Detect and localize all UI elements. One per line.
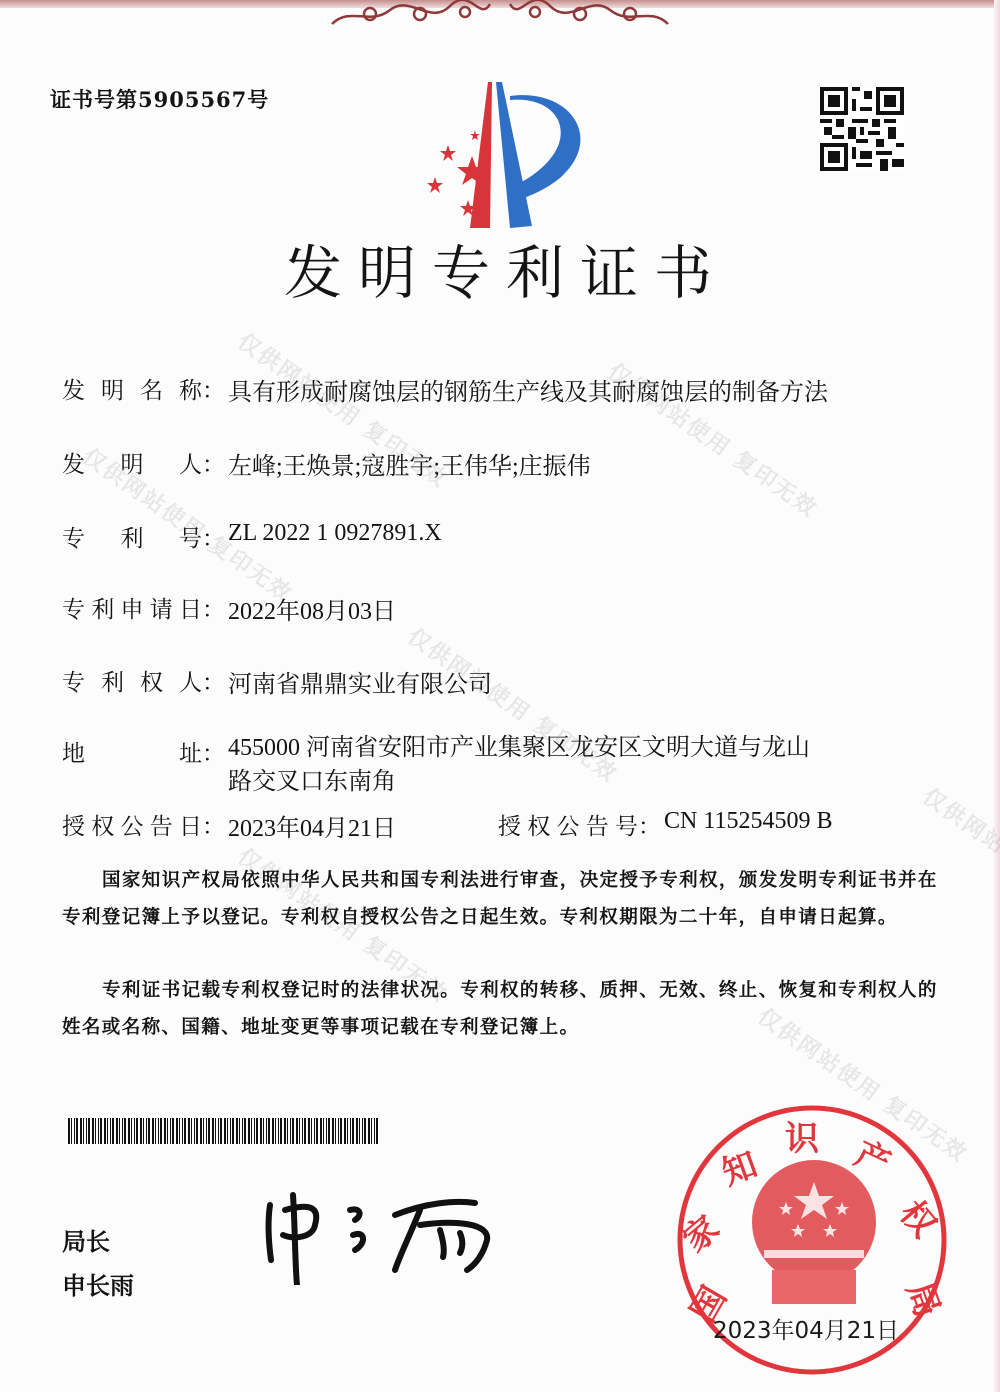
application-date-field: 专利申请日 ： 2022年08月03日 xyxy=(62,591,396,626)
signature-icon xyxy=(255,1185,515,1285)
application-date-value: 2022年08月03日 xyxy=(228,591,396,626)
certificate-title: 发明专利证书 xyxy=(0,226,1000,310)
patent-number-field: 专利号 ： ZL 2022 1 0927891.X xyxy=(62,520,442,553)
svg-text:识: 识 xyxy=(785,1119,820,1159)
grant-statement: 国家知识产权局依照中华人民共和国专利法进行审查，决定授予专利权，颁发发明专利证书… xyxy=(62,862,942,936)
certificate-number: 证书号第5905567号 xyxy=(50,84,269,114)
address-value: 455000 河南省安阳市产业集聚区龙安区文明大道与龙山路交叉口东南角 xyxy=(228,731,828,799)
patent-certificate: 证书号第5905567号 xyxy=(0,0,1000,1392)
patent-number-value: ZL 2022 1 0927891.X xyxy=(228,520,442,553)
grant-number-label: 授权公告号 xyxy=(498,808,638,841)
patentee-label: 专利权人 xyxy=(62,664,202,699)
svg-text:知: 知 xyxy=(717,1144,763,1193)
seal-date: 2023年04月21日 xyxy=(706,1312,906,1345)
address-label: 地址 xyxy=(62,735,202,768)
cnipa-logo-icon xyxy=(410,78,590,228)
invention-name-label: 发明名称 xyxy=(62,372,202,407)
director-title: 局长 xyxy=(62,1222,110,1257)
patentee-field: 专利权人 ： 河南省鼎鼎实业有限公司 xyxy=(62,664,492,699)
grant-number-value: CN 115254509 B xyxy=(664,808,832,841)
application-date-label: 专利申请日 xyxy=(62,591,202,626)
grant-date-field: 授权公告日 ： 2023年04月21日 xyxy=(62,808,396,843)
barcode-icon xyxy=(68,1118,378,1144)
right-border xyxy=(994,0,1000,1392)
address-field: 地址 ： 455000 河南省安阳市产业集聚区龙安区文明大道与龙山路交叉口东南角 xyxy=(62,735,828,799)
ornament-icon xyxy=(330,0,670,28)
grant-date-value: 2023年04月21日 xyxy=(228,808,396,843)
director-name: 申长雨 xyxy=(62,1266,134,1301)
qr-code-icon xyxy=(820,87,904,171)
grant-number-field: 授权公告号 ： CN 115254509 B xyxy=(498,808,832,841)
invention-name-field: 发明名称 ： 具有形成耐腐蚀层的钢筋生产线及其耐腐蚀层的制备方法 xyxy=(62,372,828,407)
grant-date-label: 授权公告日 xyxy=(62,808,202,843)
